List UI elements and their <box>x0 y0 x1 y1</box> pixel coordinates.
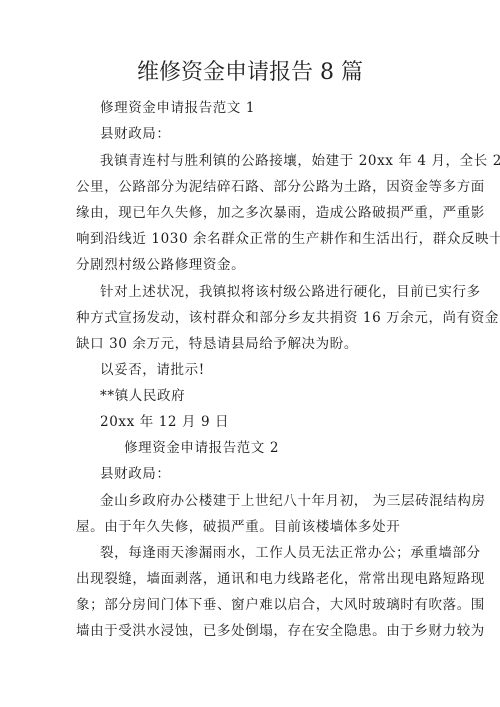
document-page: 维修资金申请报告 8 篇 修理资金申请报告范文 1 县财政局： 我镇青连村与胜利… <box>0 0 500 707</box>
section-1-salutation: 县财政局： <box>100 124 450 144</box>
document-title: 维修资金申请报告 8 篇 <box>0 58 500 88</box>
paragraph-line: 墙由于受洪水浸蚀，已多处倒塌，存在安全隐患。由于乡财力较为 <box>76 621 426 641</box>
paragraph-line: 裂，每逢雨天渗漏雨水，工作人员无法正常办公；承重墙部分 <box>100 543 450 563</box>
paragraph-line: 屋。由于年久失修，破损严重。目前该楼墙体多处开 <box>76 517 426 537</box>
section-1-heading: 修理资金申请报告范文 1 <box>100 98 450 118</box>
paragraph-line: 我镇青连村与胜利镇的公路接壤，始建于 20xx 年 4 月，全长 2 <box>100 151 450 171</box>
date-line: 20xx 年 12 月 9 日 <box>100 412 450 432</box>
paragraph-line: 响到沿线近 1030 余名群众正常的生产耕作和生活出行，群众反映十 <box>76 229 426 249</box>
paragraph-line: 出现裂缝，墙面剥落，通讯和电力线路老化，常常出现电路短路现 <box>76 569 426 589</box>
paragraph-line: 缘由，现已年久失修，加之多次暴雨，造成公路破损严重，严重影 <box>76 203 426 223</box>
paragraph-line: 象；部分房间门体下垂、窗户难以启合，大风时玻璃时有吹落。围 <box>76 595 426 615</box>
paragraph-line: 缺口 30 余万元，特恳请县局给予解决为盼。 <box>76 334 426 354</box>
paragraph-line: 公里，公路部分为泥结碎石路、部分公路为土路，因资金等多方面 <box>76 177 426 197</box>
paragraph-line: 种方式宣扬发动，该村群众和部分乡友共捐资 16 万余元，尚有资金 <box>76 308 426 328</box>
paragraph-line: 针对上述状况，我镇拟将该村级公路进行硬化，目前已实行多 <box>100 282 450 302</box>
section-2-salutation: 县财政局： <box>100 464 450 484</box>
paragraph-line: 金山乡政府办公楼建于上世纪八十年月初， 为三层砖混结构房 <box>100 491 450 511</box>
section-2-heading: 修理资金申请报告范文 2 <box>124 438 474 458</box>
closing-line: 以妥否，请批示! <box>100 360 450 380</box>
paragraph-line: 分剧烈村级公路修理资金。 <box>76 255 426 275</box>
signature-line: **镇人民政府 <box>100 386 450 406</box>
